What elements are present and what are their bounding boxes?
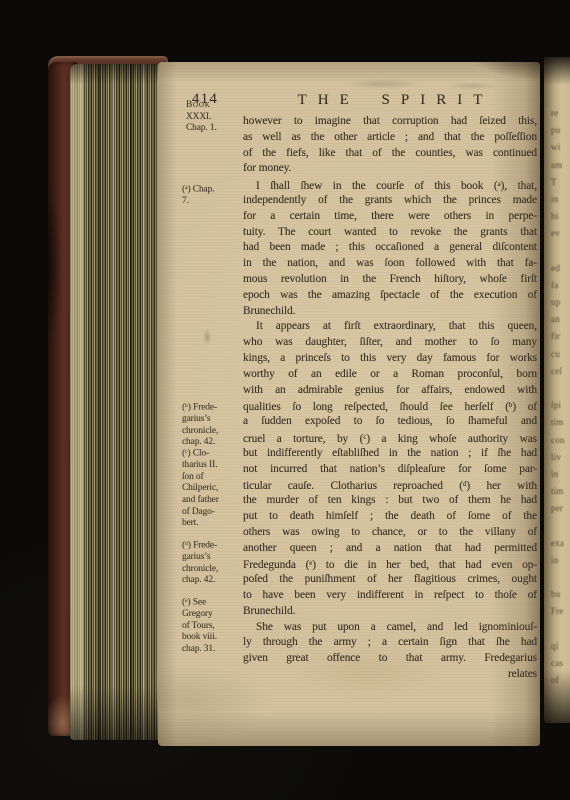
body-line: another queen ; and a nation that had pe… (243, 541, 537, 557)
page-fore-edge-stack (70, 64, 162, 740)
margin-note-line: Gregory (182, 609, 244, 621)
margin-note-line: XXXI. (186, 112, 244, 124)
fragment-line: in (551, 552, 569, 569)
fragment-line: am (551, 157, 569, 174)
margin-note-a: (a) Chap.7. (182, 183, 244, 208)
body-line: cruel a torture, by (c) a king whoſe aut… (243, 430, 537, 446)
body-line: worthy of an edile or a Roman proconſul,… (243, 367, 537, 383)
margin-note-line: ſon of (182, 472, 244, 484)
fragment-line: cas (551, 655, 569, 672)
fragment-line (551, 569, 569, 586)
body-line: Brunechild. (243, 304, 537, 320)
margin-note-c: (c) Clo-tharius II.ſon ofChilperic,and f… (182, 447, 244, 530)
body-line: not incurred that nation’s diſpleaſure f… (243, 462, 537, 478)
body-line: however to imagine that corruption had ſ… (243, 114, 537, 130)
facing-page-edge: repuwiamTinhievedfaupanfircuceſſpitimcon… (544, 57, 570, 723)
body-line: Brunechild. (243, 604, 537, 620)
fragment-line: liv (551, 449, 569, 466)
margin-note-book-chapter: BookXXXI.Chap. 1. (182, 100, 244, 135)
margin-note-line: (c) Clo- (182, 447, 244, 460)
margin-note-d: (d) Frede-garius’schronicle,chap. 42. (182, 539, 244, 587)
body-line: the murder of ten kings : but two of the… (243, 493, 537, 509)
fragment-line (551, 518, 569, 535)
fragment-line: in (551, 466, 569, 483)
body-line: of the fiefs, like that of the counties,… (243, 146, 537, 162)
fragment-line: in (551, 191, 569, 208)
fragment-line (551, 621, 569, 638)
body-line: tuity. The court wanted to revoke the gr… (243, 225, 537, 241)
body-line: She was put upon a camel, and led ignomi… (243, 620, 537, 636)
fragment-line: wi (551, 139, 569, 156)
margin-note-line: and father (182, 495, 244, 507)
fragment-line: ceſ (551, 363, 569, 380)
margin-note-line: Chilperic, (182, 483, 244, 495)
fragment-line: fir (551, 328, 569, 345)
fragment-line: ed (551, 260, 569, 277)
fragment-line: qi (551, 638, 569, 655)
margin-note-line: of Dago- (182, 507, 244, 519)
body-line: a ſudden expoſed to ſo tedious, ſo ſhame… (243, 414, 537, 430)
body-line: as well as the other article ; and that … (243, 130, 537, 146)
margin-note-line: Chap. 1. (186, 123, 244, 135)
margin-note-line: chronicle, (182, 426, 244, 438)
fragment-line: hi (551, 208, 569, 225)
body-line: independently of the grants which the pr… (243, 193, 537, 209)
fragment-line: of (551, 672, 569, 689)
margin-note-line: garius’s (182, 552, 244, 564)
body-line: epoch was the amazing ſpectacle of the e… (243, 288, 537, 304)
fragment-line: pu (551, 122, 569, 139)
fragment-line: per (551, 500, 569, 517)
margin-note-line: chap. 31. (182, 644, 244, 656)
running-title: THE SPIRIT (243, 92, 537, 109)
book-page: 414 THE SPIRIT BookXXXI.Chap. 1. (a) Cha… (158, 62, 540, 746)
body-line: kings, a princeſs to this very day famou… (243, 351, 537, 367)
body-line: Fredegunda (e) to die in her bed, that h… (243, 556, 537, 572)
body-line: I ſhall ſhew in the courſe of this book … (243, 177, 537, 193)
body-line: for a certain time, there were others in… (243, 209, 537, 225)
book-photo: 414 THE SPIRIT BookXXXI.Chap. 1. (a) Cha… (0, 0, 570, 800)
body-line: to have been very indifferent in reſpect… (243, 588, 537, 604)
body-line: others was owing to chance, or to the vi… (243, 525, 537, 541)
fragment-line: tim (551, 483, 569, 500)
body-text: however to imagine that corruption had ſ… (243, 114, 537, 683)
fragment-line: Fre (551, 603, 569, 620)
fragment-line: ſpi (551, 397, 569, 414)
fragment-line (551, 380, 569, 397)
margin-note-line: garius’s (182, 414, 244, 426)
body-line: had been made ; this occaſioned a genera… (243, 240, 537, 256)
fragment-line: con (551, 432, 569, 449)
body-line: but indifferently eſtabliſhed in the nat… (243, 446, 537, 462)
margin-note-line: 7. (182, 196, 244, 208)
margin-note-e: (e) SeeGregoryof Tours,book viii.chap. 3… (182, 596, 244, 656)
body-line: relates (243, 667, 537, 683)
margin-note-line: chap. 42. (182, 575, 244, 587)
fragment-line: an (551, 311, 569, 328)
fragment-line: tim (551, 414, 569, 431)
margin-note-line: tharius II. (182, 460, 244, 472)
body-line: mous revolution in the French hiſtory, w… (243, 272, 537, 288)
fragment-line: bu (551, 586, 569, 603)
margin-note-line: Book (186, 100, 244, 112)
body-line: with an admirable genius for affairs, en… (243, 383, 537, 399)
fragment-line: re (551, 105, 569, 122)
margin-note-line: (d) Frede- (182, 539, 244, 552)
body-line: It appears at firſt extraordinary, that … (243, 319, 537, 335)
body-line: in the nation, and was ſoon followed wit… (243, 256, 537, 272)
body-line: given great offence to that army. Fredeg… (243, 651, 537, 667)
fragment-line (551, 243, 569, 260)
fragment-line: T (551, 174, 569, 191)
margin-note-line: (a) Chap. (182, 183, 244, 196)
body-line: ticular cauſe. Clotharius reproached (d)… (243, 477, 537, 493)
fragment-line: up (551, 294, 569, 311)
body-line: who was daughter, ſiſter, and mother to … (243, 335, 537, 351)
margin-note-line: chronicle, (182, 564, 244, 576)
body-line: qualities ſo long reſpected, ſhould ſee … (243, 398, 537, 414)
margin-note-b: (b) Frede-garius’schronicle,chap. 42. (182, 401, 244, 449)
facing-page-text-fragments: repuwiamTinhievedfaupanfircuceſſpitimcon… (551, 105, 569, 689)
body-line: for money. (243, 161, 537, 177)
margin-note-line: (e) See (182, 596, 244, 609)
fragment-line: exa (551, 535, 569, 552)
fragment-line: cu (551, 346, 569, 363)
margin-note-line: book viii. (182, 632, 244, 644)
body-line: put to death himſelf ; the death of ſome… (243, 509, 537, 525)
margin-note-line: of Tours, (182, 621, 244, 633)
body-line: poſed the puniſhment of her flagitious c… (243, 572, 537, 588)
margin-note-line: bert. (182, 518, 244, 530)
body-line: ly through the army ; a certain ſign tha… (243, 635, 537, 651)
fragment-line: fa (551, 277, 569, 294)
fragment-line: ev (551, 225, 569, 242)
margin-note-line: (b) Frede- (182, 401, 244, 414)
